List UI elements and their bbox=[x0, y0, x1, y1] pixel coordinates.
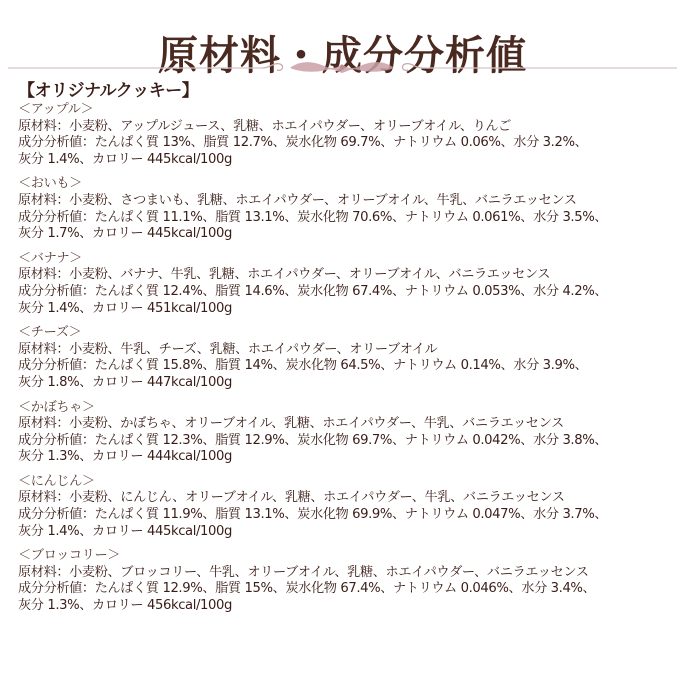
product-name: ＜にんじん＞ bbox=[18, 474, 678, 491]
product-name: ＜かぼちゃ＞ bbox=[18, 400, 678, 417]
ingredients-text: 原材料：小麦粉、にんじん、オリーブオイル、乳糖、ホエイパウダー、牛乳、バニラエッ… bbox=[18, 490, 678, 507]
product-broccoli: ＜ブロッコリー＞ 原材料：小麦粉、ブロッコリー、牛乳、オリーブオイル、乳糖、ホエ… bbox=[18, 548, 678, 614]
ingredients-text: 原材料：小麦粉、バナナ、牛乳、乳糖、ホエイパウダー、オリーブオイル、バニラエッセ… bbox=[18, 267, 678, 284]
section-heading: 【オリジナルクッキー】 bbox=[18, 80, 678, 102]
ingredients-text: 原材料：小麦粉、ブロッコリー、牛乳、オリーブオイル、乳糖、ホエイパウダー、バニラ… bbox=[18, 565, 678, 582]
ingredients-text: 原材料：小麦粉、牛乳、チーズ、乳糖、ホエイパウダー、オリーブオイル bbox=[18, 342, 678, 359]
product-pumpkin: ＜かぼちゃ＞ 原材料：小麦粉、かぼちゃ、オリーブオイル、乳糖、ホエイパウダー、牛… bbox=[18, 400, 678, 466]
analysis-text: 成分分析値：たんぱく質 13%、脂質 12.7%、炭水化物 69.7%、ナトリウ… bbox=[18, 135, 678, 152]
product-cheese: ＜チーズ＞ 原材料：小麦粉、牛乳、チーズ、乳糖、ホエイパウダー、オリーブオイル … bbox=[18, 325, 678, 391]
analysis-text: 成分分析値：たんぱく質 12.9%、脂質 15%、炭水化物 67.4%、ナトリウ… bbox=[18, 581, 678, 598]
flourish-divider-icon bbox=[8, 58, 677, 78]
analysis-text: 成分分析値：たんぱく質 11.1%、脂質 13.1%、炭水化物 70.6%、ナト… bbox=[18, 210, 678, 227]
ingredients-text: 原材料：小麦粉、アップルジュース、乳糖、ホエイパウダー、オリーブオイル、りんご bbox=[18, 119, 678, 136]
analysis-text-cont: 灰分 1.3%、カロリー 456kcal/100g bbox=[18, 598, 678, 615]
content-area: 【オリジナルクッキー】 ＜アップル＞ 原材料：小麦粉、アップルジュース、乳糖、ホ… bbox=[18, 80, 678, 623]
product-name: ＜チーズ＞ bbox=[18, 325, 678, 342]
analysis-text-cont: 灰分 1.8%、カロリー 447kcal/100g bbox=[18, 375, 678, 392]
analysis-text: 成分分析値：たんぱく質 11.9%、脂質 13.1%、炭水化物 69.9%、ナト… bbox=[18, 507, 678, 524]
product-name: ＜ブロッコリー＞ bbox=[18, 548, 678, 565]
product-name: ＜アップル＞ bbox=[18, 102, 678, 119]
analysis-text-cont: 灰分 1.4%、カロリー 445kcal/100g bbox=[18, 524, 678, 541]
product-apple: ＜アップル＞ 原材料：小麦粉、アップルジュース、乳糖、ホエイパウダー、オリーブオ… bbox=[18, 102, 678, 168]
product-carrot: ＜にんじん＞ 原材料：小麦粉、にんじん、オリーブオイル、乳糖、ホエイパウダー、牛… bbox=[18, 474, 678, 540]
analysis-text: 成分分析値：たんぱく質 12.4%、脂質 14.6%、炭水化物 67.4%、ナト… bbox=[18, 284, 678, 301]
analysis-text-cont: 灰分 1.7%、カロリー 445kcal/100g bbox=[18, 226, 678, 243]
analysis-text: 成分分析値：たんぱく質 12.3%、脂質 12.9%、炭水化物 69.7%、ナト… bbox=[18, 433, 678, 450]
analysis-text-cont: 灰分 1.4%、カロリー 445kcal/100g bbox=[18, 152, 678, 169]
analysis-text-cont: 灰分 1.4%、カロリー 451kcal/100g bbox=[18, 301, 678, 318]
analysis-text-cont: 灰分 1.3%、カロリー 444kcal/100g bbox=[18, 449, 678, 466]
product-sweet-potato: ＜おいも＞ 原材料：小麦粉、さつまいも、乳糖、ホエイパウダー、オリーブオイル、牛… bbox=[18, 176, 678, 242]
product-name: ＜バナナ＞ bbox=[18, 251, 678, 268]
ingredients-text: 原材料：小麦粉、さつまいも、乳糖、ホエイパウダー、オリーブオイル、牛乳、バニラエ… bbox=[18, 193, 678, 210]
analysis-text: 成分分析値：たんぱく質 15.8%、脂質 14%、炭水化物 64.5%、ナトリウ… bbox=[18, 358, 678, 375]
ingredients-text: 原材料：小麦粉、かぼちゃ、オリーブオイル、乳糖、ホエイパウダー、牛乳、バニラエッ… bbox=[18, 416, 678, 433]
product-banana: ＜バナナ＞ 原材料：小麦粉、バナナ、牛乳、乳糖、ホエイパウダー、オリーブオイル、… bbox=[18, 251, 678, 317]
product-name: ＜おいも＞ bbox=[18, 176, 678, 193]
